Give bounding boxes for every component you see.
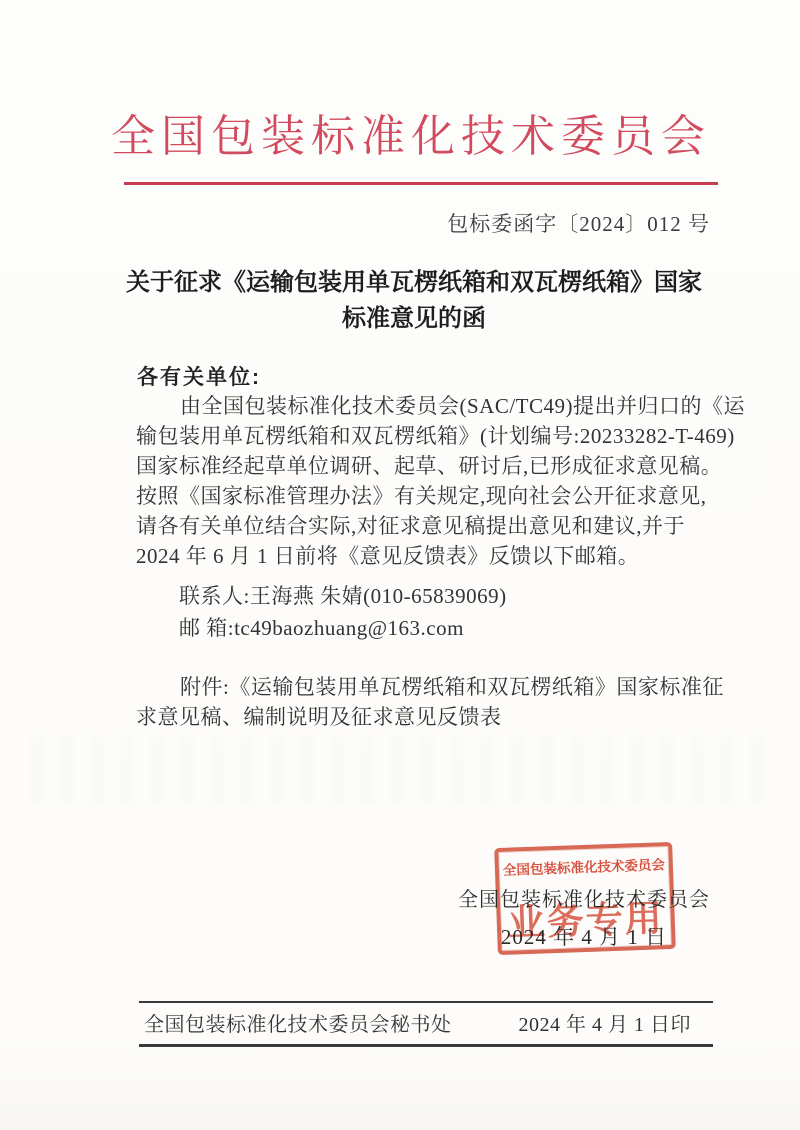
salutation: 各有关单位: [137,361,261,391]
letterhead-divider-line [124,182,718,185]
footer-imprint-bar: 全国包装标准化技术委员会秘书处 2024 年 4 月 1 日印 [139,1001,713,1047]
document-title-line1: 关于征求《运输包装用单瓦楞纸箱和双瓦楞纸箱》国家 [28,265,800,301]
signature-org: 全国包装标准化技术委员会 [458,883,710,912]
scan-ghosting-artifact [30,735,770,805]
contact-info: 联系人:王海燕 朱婧(010-65839069) 邮 箱:tc49baozhua… [179,580,507,644]
document-title: 关于征求《运输包装用单瓦楞纸箱和双瓦楞纸箱》国家 标准意见的函 [0,265,800,337]
body-line: 输包装用单瓦楞纸箱和双瓦楞纸箱》(计划编号:20233282-T-469) [136,421,720,451]
body-line: 按照《国家标准管理办法》有关规定,现向社会公开征求意见, [136,481,720,511]
body-line: 国家标准经起草单位调研、起草、研讨后,已形成征求意见稿。 [136,451,720,481]
body-line: 2024 年 6 月 1 日前将《意见反馈表》反馈以下邮箱。 [136,541,720,571]
attachment-note: 附件:《运输包装用单瓦楞纸箱和双瓦楞纸箱》国家标准征 求意见稿、编制说明及征求意… [136,672,720,732]
body-line: 由全国包装标准化技术委员会(SAC/TC49)提出并归口的《运 [136,391,720,421]
contact-person-line: 联系人:王海燕 朱婧(010-65839069) [179,580,507,612]
body-paragraph: 由全国包装标准化技术委员会(SAC/TC49)提出并归口的《运 输包装用单瓦楞纸… [136,391,720,571]
body-line: 请各有关单位结合实际,对征求意见稿提出意见和建议,并于 [136,511,720,541]
attachment-line2: 求意见稿、编制说明及征求意见反馈表 [136,702,720,732]
signature-date: 2024 年 4 月 1 日 [458,921,710,951]
footer-issuing-office: 全国包装标准化技术委员会秘书处 [144,1008,452,1037]
stamp-org-text: 全国包装标准化技术委员会 [499,853,670,879]
signature-block: 全国包装标准化技术委员会 2024 年 4 月 1 日 [458,883,710,951]
letterhead-org-title: 全国包装标准化技术委员会 [0,100,800,164]
footer-print-date: 2024 年 4 月 1 日印 [519,1008,710,1037]
document-title-line2: 标准意见的函 [28,301,800,337]
attachment-line1: 附件:《运输包装用单瓦楞纸箱和双瓦楞纸箱》国家标准征 [136,672,720,702]
contact-email-line: 邮 箱:tc49baozhuang@163.com [179,612,507,644]
scanned-official-letter: 全国包装标准化技术委员会 包标委函字〔2024〕012 号 关于征求《运输包装用… [0,0,800,1130]
document-number: 包标委函字〔2024〕012 号 [447,208,710,238]
